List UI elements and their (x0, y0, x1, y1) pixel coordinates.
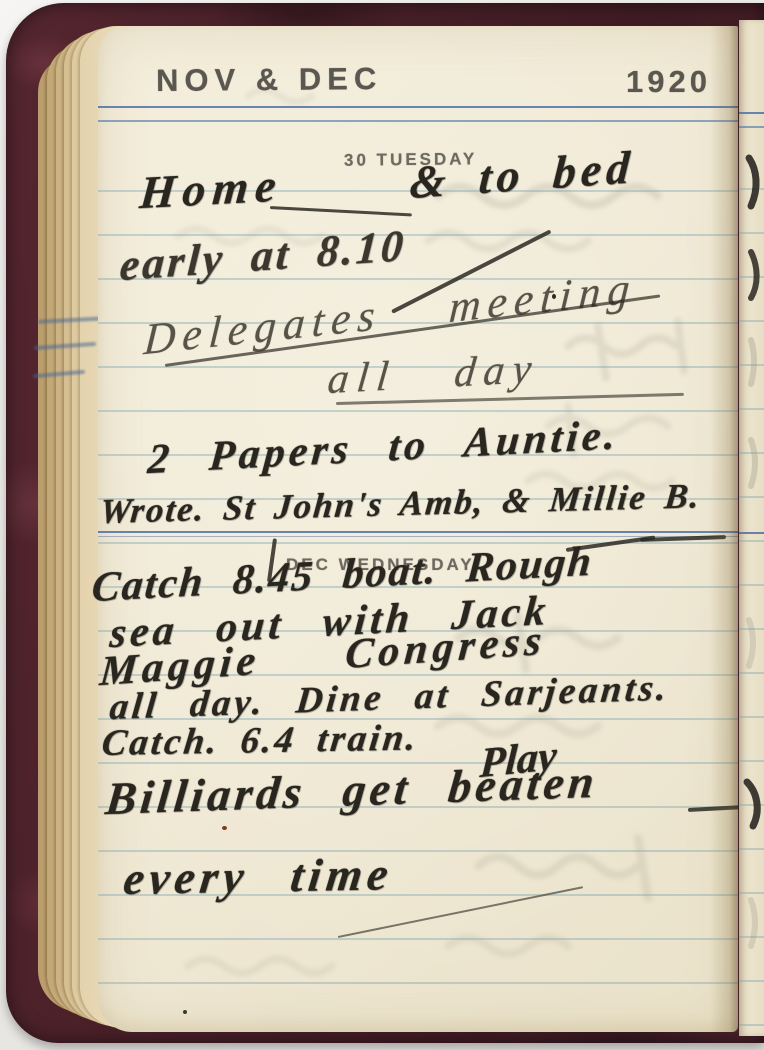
handwriting-line: Home (138, 158, 285, 219)
paper-stain-speck (222, 826, 227, 830)
handwriting-line: every time (121, 847, 396, 905)
header-rule-line (98, 106, 738, 108)
ink-speck (183, 1010, 187, 1014)
header-rule-line (98, 120, 738, 122)
ink-marks-right-page (739, 20, 764, 1036)
year-header: 1920 (626, 64, 711, 100)
photo-background: NOV & DEC 1920 30 TUESDAY DEC WEDNESDAY … (0, 0, 764, 1050)
day-divider-line (98, 531, 738, 533)
gutter-shadow (710, 26, 738, 1032)
diary-right-page-sliver (739, 20, 764, 1036)
diary-left-page: NOV & DEC 1920 30 TUESDAY DEC WEDNESDAY … (98, 26, 738, 1032)
ink-speck (552, 294, 556, 299)
month-header: NOV & DEC (156, 61, 383, 99)
handwriting-line: Catch. 6.4 train. (99, 716, 421, 765)
